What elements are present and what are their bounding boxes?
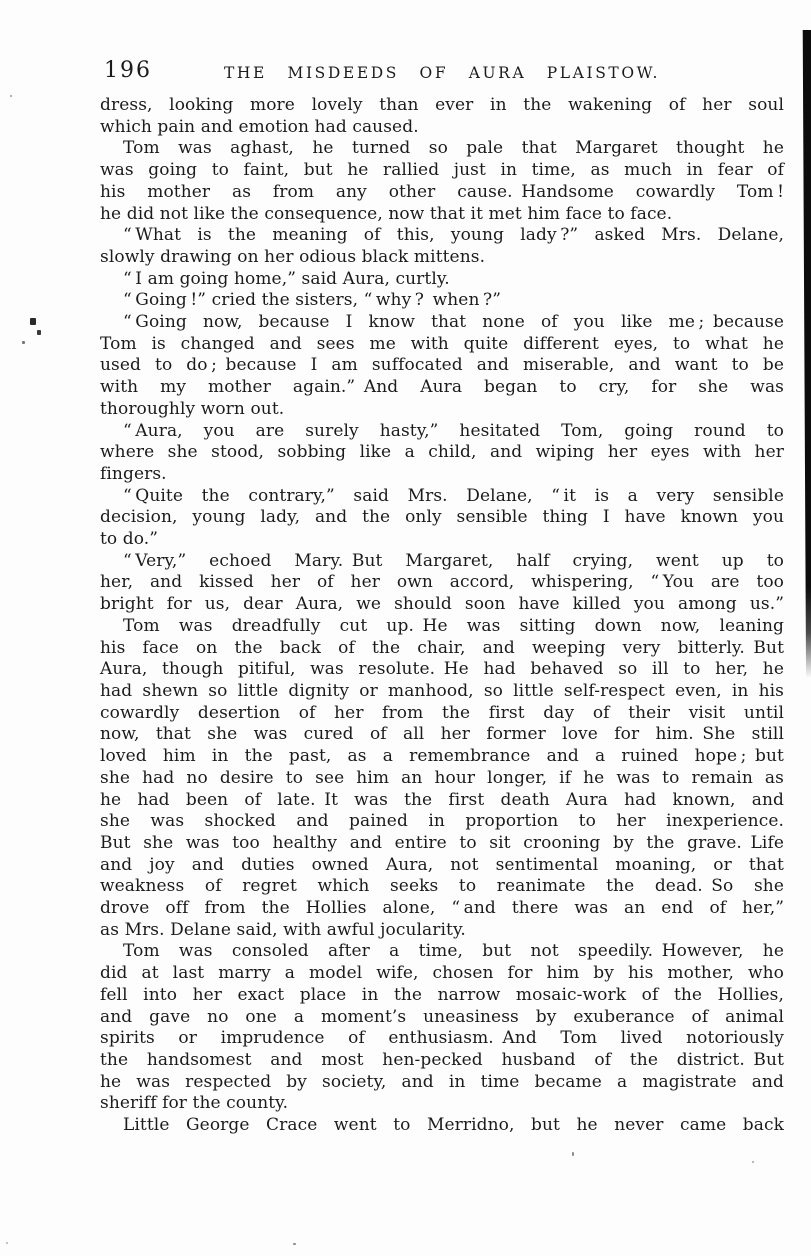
text-line: to do.” (100, 529, 784, 551)
text-line: “ Very,” echoed Mary. But Margaret, half… (100, 551, 784, 573)
text-line: loved him in the past, as a remembrance … (100, 746, 784, 768)
text-line: where she stood, sobbing like a child, a… (100, 442, 784, 464)
paragraph: dress, looking more lovely than ever in … (100, 95, 784, 138)
paragraph: “ Aura, you are surely hasty,” hesitated… (100, 421, 784, 486)
text-line: spirits or imprudence of enthusiasm. And… (100, 1028, 784, 1050)
paragraph: Tom was consoled after a time, but not s… (100, 941, 784, 1115)
paragraph: “ I am going home,” said Aura, curtly. (100, 269, 784, 291)
text-line: Little George Crace went to Merridno, bu… (100, 1115, 784, 1137)
ink-speck (37, 330, 41, 335)
text-line: and joy and duties owned Aura, not senti… (100, 855, 784, 877)
text-line: “ Quite the contrary,” said Mrs. Delane,… (100, 486, 784, 508)
text-line: Tom was aghast, he turned so pale that M… (100, 138, 784, 160)
text-line: decision, young lady, and the only sensi… (100, 507, 784, 529)
text-line: “ Going !” cried the sisters, “ why ? wh… (100, 290, 784, 312)
text-line: which pain and emotion had caused. (100, 117, 784, 139)
paragraph: “ Quite the contrary,” said Mrs. Delane,… (100, 486, 784, 551)
paragraph: “ Going now, because I know that none of… (100, 312, 784, 421)
ink-speck (572, 1152, 574, 1156)
text-line: had shewn so little dignity or manhood, … (100, 681, 784, 703)
text-line: sheriff for the county. (100, 1093, 784, 1115)
text-line: did at last marry a model wife, chosen f… (100, 963, 784, 985)
text-line: Tom was consoled after a time, but not s… (100, 941, 784, 963)
paragraph: Tom was aghast, he turned so pale that M… (100, 138, 784, 225)
text-line: fell into her exact place in the narrow … (100, 985, 784, 1007)
text-line: she was shocked and pained in proportion… (100, 811, 784, 833)
text-line: Tom is changed and sees me with quite di… (100, 334, 784, 356)
text-line: weakness of regret which seeks to reanim… (100, 876, 784, 898)
text-line: was going to faint, but he rallied just … (100, 160, 784, 182)
ink-speck (293, 1243, 296, 1245)
paragraph: “ Going !” cried the sisters, “ why ? wh… (100, 290, 784, 312)
paragraph: Little George Crace went to Merridno, bu… (100, 1115, 784, 1137)
ink-speck (22, 341, 25, 344)
text-line: “ I am going home,” said Aura, curtly. (100, 269, 784, 291)
page-title: THE MISDEEDS OF AURA PLAISTOW. (100, 58, 784, 88)
ink-speck (6, 1242, 8, 1244)
text-line: Tom was dreadfully cut up. He was sittin… (100, 616, 784, 638)
text-line: fingers. (100, 464, 784, 486)
page-text: dress, looking more lovely than ever in … (100, 95, 784, 1137)
paragraph: “ What is the meaning of this, young lad… (100, 225, 784, 268)
text-line: his mother as from any other cause. Hand… (100, 182, 784, 204)
text-line: her, and kissed her of her own accord, w… (100, 572, 784, 594)
text-line: dress, looking more lovely than ever in … (100, 95, 784, 117)
text-line: with my mother again.” And Aura began to… (100, 377, 784, 399)
ink-speck (30, 318, 36, 325)
text-line: he had been of late. It was the first de… (100, 790, 784, 812)
text-line: now, that she was cured of all her forme… (100, 724, 784, 746)
ink-speck (10, 95, 12, 97)
page-number: 196 (104, 56, 152, 86)
text-line: cowardly desertion of her from the first… (100, 703, 784, 725)
ink-speck (752, 1161, 754, 1163)
text-line: used to do ; because I am suffocated and… (100, 355, 784, 377)
text-line: the handsomest and most hen-pecked husba… (100, 1050, 784, 1072)
paragraph: Tom was dreadfully cut up. He was sittin… (100, 616, 784, 942)
running-head: 196 THE MISDEEDS OF AURA PLAISTOW. (100, 58, 784, 88)
paragraph: “ Very,” echoed Mary. But Margaret, half… (100, 551, 784, 616)
text-line: bright for us, dear Aura, we should soon… (100, 594, 784, 616)
text-line: he did not like the consequence, now tha… (100, 204, 784, 226)
scan-edge-artifact (802, 30, 811, 678)
text-line: as Mrs. Delane said, with awful joculari… (100, 920, 784, 942)
text-line: she had no desire to see him an hour lon… (100, 768, 784, 790)
book-page: 196 THE MISDEEDS OF AURA PLAISTOW. dress… (0, 0, 811, 1256)
text-line: slowly drawing on her odious black mitte… (100, 247, 784, 269)
text-line: Aura, though pitiful, was resolute. He h… (100, 659, 784, 681)
text-line: “ Going now, because I know that none of… (100, 312, 784, 334)
text-line: his face on the back of the chair, and w… (100, 638, 784, 660)
text-line: thoroughly worn out. (100, 399, 784, 421)
text-line: “ Aura, you are surely hasty,” hesitated… (100, 421, 784, 443)
text-line: he was respected by society, and in time… (100, 1072, 784, 1094)
text-line: But she was too healthy and entire to si… (100, 833, 784, 855)
text-line: drove off from the Hollies alone, “ and … (100, 898, 784, 920)
text-line: and gave no one a moment’s uneasiness by… (100, 1007, 784, 1029)
text-line: “ What is the meaning of this, young lad… (100, 225, 784, 247)
